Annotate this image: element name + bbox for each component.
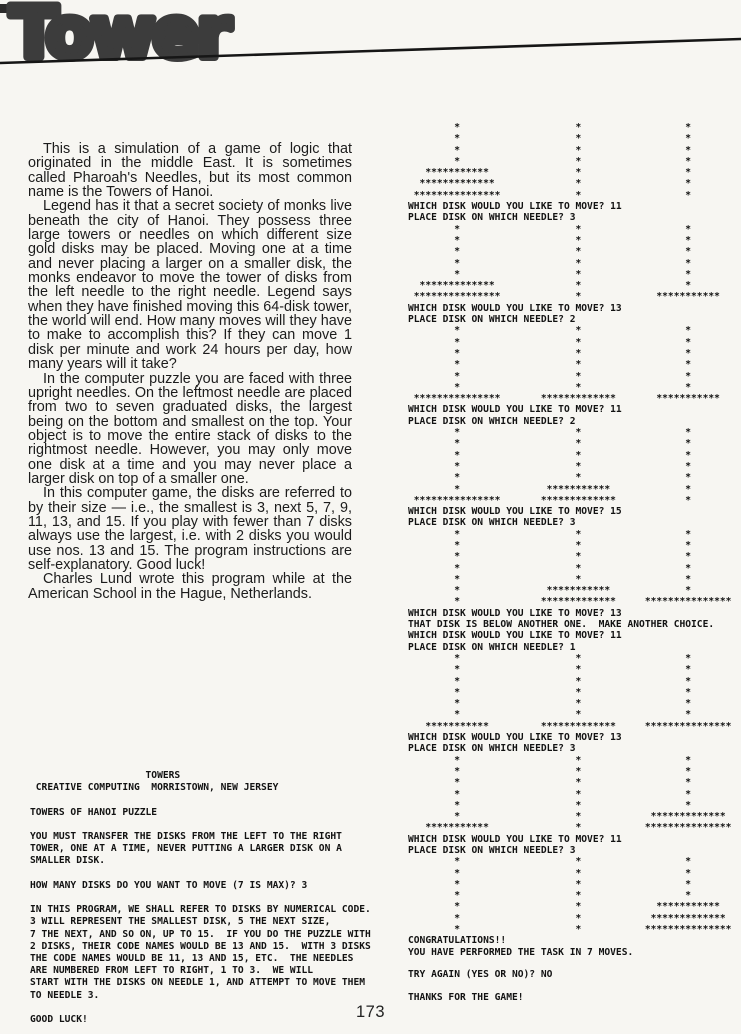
article-paragraph: In this computer game, the disks are ref… bbox=[28, 486, 352, 572]
article-paragraph: In the computer puzzle you are faced wit… bbox=[28, 372, 352, 487]
article-paragraph: Charles Lund wrote this program while at… bbox=[28, 572, 352, 601]
program-intro-listing: TOWERS CREATIVE COMPUTING MORRISTOWN, NE… bbox=[30, 770, 371, 1026]
masthead: Tower bbox=[0, 0, 741, 78]
page-number: 173 bbox=[356, 1003, 385, 1022]
article-paragraph: Legend has it that a secret society of m… bbox=[28, 199, 352, 371]
book-page: Tower This is a simulation of a game of … bbox=[0, 0, 741, 1034]
article-text: This is a simulation of a game of logic … bbox=[28, 142, 352, 601]
program-output-listing: * * * * * * * * * * * * ***** bbox=[408, 122, 731, 1003]
article-paragraph: This is a simulation of a game of logic … bbox=[28, 142, 352, 199]
page-title: Tower bbox=[10, 0, 232, 74]
